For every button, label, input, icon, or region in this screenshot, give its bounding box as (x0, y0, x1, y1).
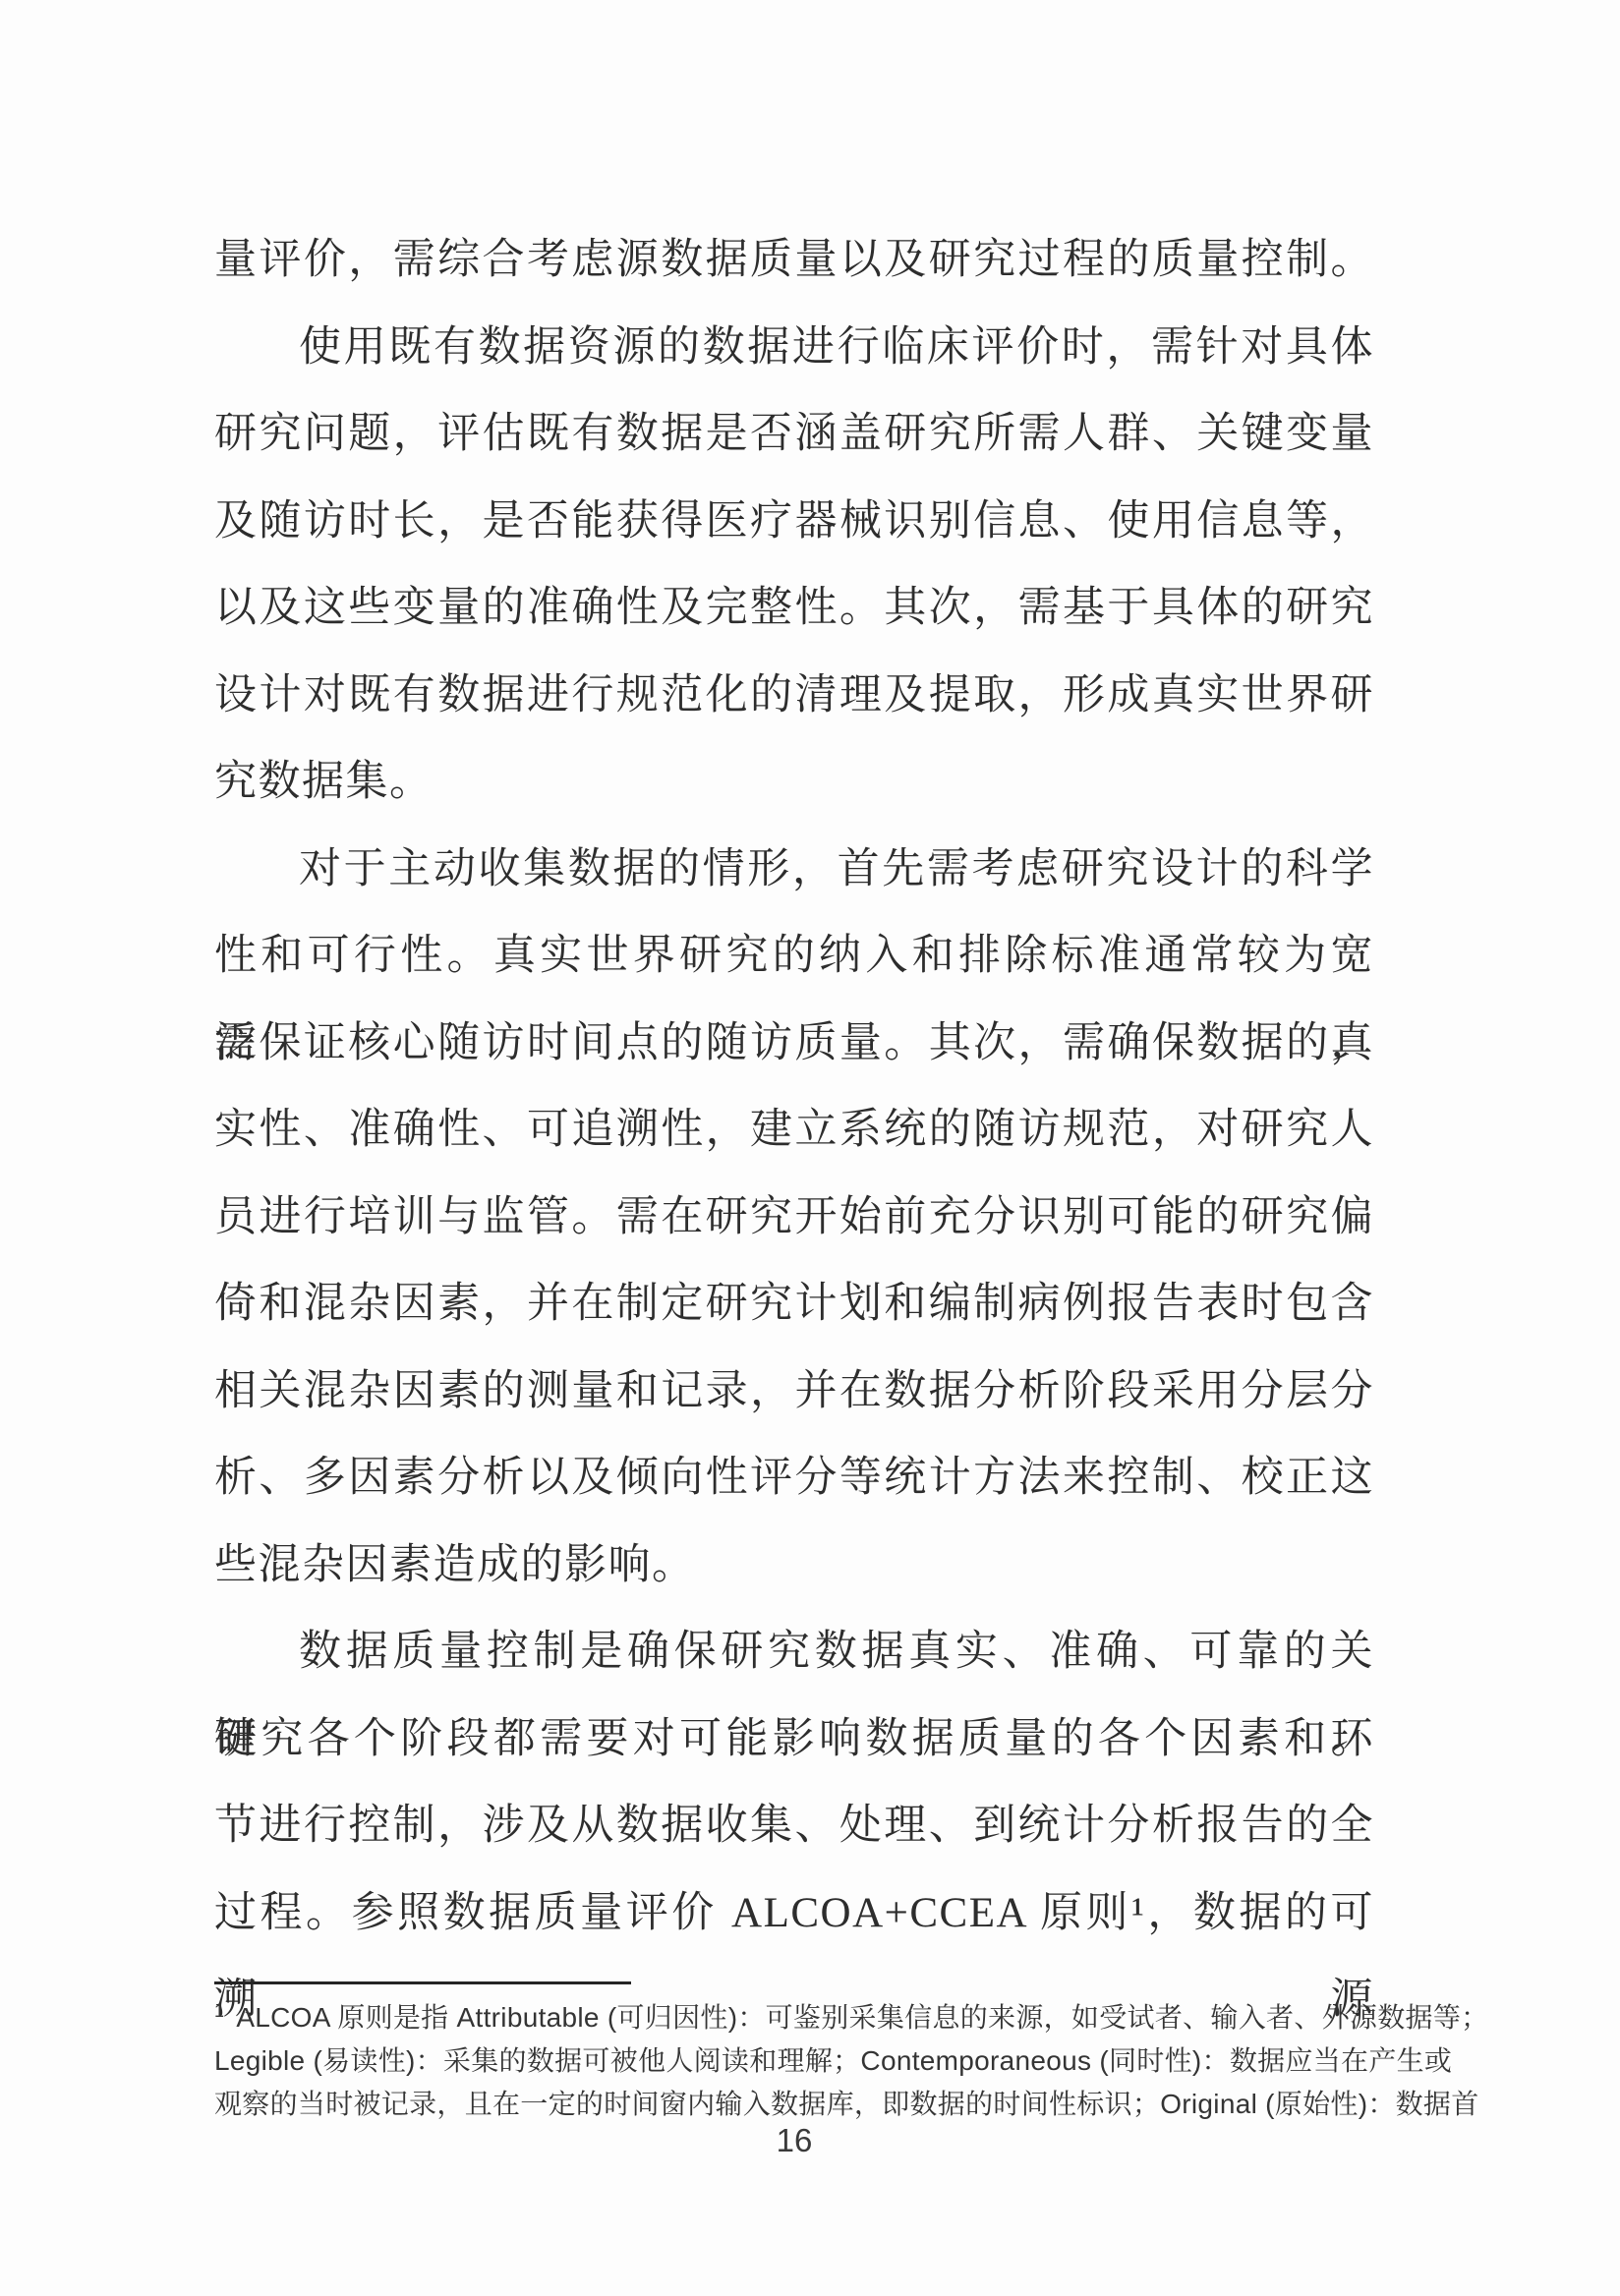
page-number: 16 (214, 2119, 1374, 2162)
body-line: 实性、准确性、可追溯性，建立系统的随访规范，对研究人 (214, 1087, 1374, 1175)
body-line: 研究问题，评估既有数据是否涵盖研究所需人群、关键变量 (214, 391, 1374, 479)
body-line: 数据质量控制是确保研究数据真实、准确、可靠的关键。 (214, 1609, 1374, 1696)
body-line: 些混杂因素造成的影响。 (214, 1522, 1374, 1610)
body-line: 相关混杂因素的测量和记录，并在数据分析阶段采用分层分 (214, 1349, 1374, 1436)
body-line: 使用既有数据资源的数据进行临床评价时，需针对具体 (214, 305, 1374, 392)
footnote-line-text: ALCOA 原则是指 Attributable (可归因性)：可鉴别采集信息的来… (236, 2002, 1488, 2033)
body-line: 及随访时长，是否能获得医疗器械识别信息、使用信息等， (214, 479, 1374, 566)
footnote-line-text: 观察的当时被记录，且在一定的时间窗内输入数据库，即数据的时间性标识；Origin… (214, 2089, 1479, 2119)
footnote-block: 1ALCOA 原则是指 Attributable (可归因性)：可鉴别采集信息的… (214, 1996, 1382, 2126)
body-line: 过程。参照数据质量评价 ALCOA+CCEA 原则¹，数据的可溯源 (214, 1870, 1374, 1958)
body-line: 需保证核心随访时间点的随访质量。其次，需确保数据的真 (214, 1001, 1374, 1088)
footnote-separator-rule (214, 1981, 631, 1984)
body-line: 性和可行性。真实世界研究的纳入和排除标准通常较为宽泛， (214, 913, 1374, 1001)
footnote-line: Legible (易读性)：采集的数据可被他人阅读和理解；Contemporan… (214, 2039, 1382, 2083)
body-text-block: 量评价，需综合考虑源数据质量以及研究过程的质量控制。 使用既有数据资源的数据进行… (214, 217, 1374, 1957)
body-line: 析、多因素分析以及倾向性评分等统计方法来控制、校正这 (214, 1435, 1374, 1522)
footnote-line: 1ALCOA 原则是指 Attributable (可归因性)：可鉴别采集信息的… (214, 1996, 1382, 2039)
body-line: 量评价，需综合考虑源数据质量以及研究过程的质量控制。 (214, 217, 1374, 305)
body-line: 设计对既有数据进行规范化的清理及提取，形成真实世界研 (214, 653, 1374, 740)
body-line: 员进行培训与监管。需在研究开始前充分识别可能的研究偏 (214, 1175, 1374, 1262)
body-line: 对于主动收集数据的情形，首先需考虑研究设计的科学 (214, 827, 1374, 914)
footnote-marker: 1 (214, 2002, 224, 2020)
body-line: 究数据集。 (214, 739, 1374, 827)
body-line: 节进行控制，涉及从数据收集、处理、到统计分析报告的全 (214, 1783, 1374, 1870)
body-line: 倚和混杂因素，并在制定研究计划和编制病例报告表时包含 (214, 1261, 1374, 1349)
body-line: 以及这些变量的准确性及完整性。其次，需基于具体的研究 (214, 565, 1374, 653)
scanned-document-page: 量评价，需综合考虑源数据质量以及研究过程的质量控制。 使用既有数据资源的数据进行… (0, 0, 1620, 2296)
body-line: 研究各个阶段都需要对可能影响数据质量的各个因素和环 (214, 1696, 1374, 1784)
footnote-line-text: Legible (易读性)：采集的数据可被他人阅读和理解；Contemporan… (214, 2045, 1452, 2076)
